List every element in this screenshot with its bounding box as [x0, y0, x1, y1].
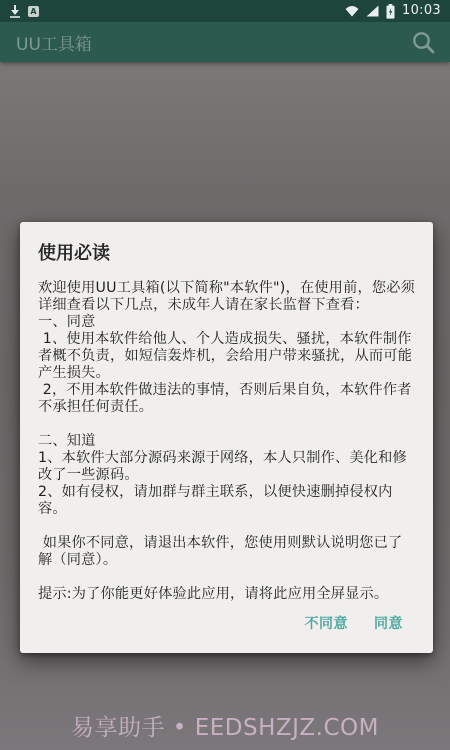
- cellular-signal-icon: [366, 5, 379, 17]
- agree-button[interactable]: 同意: [366, 603, 411, 643]
- watermark-text: 易享助手 • EEDSHZJZ.COM: [0, 709, 450, 742]
- disagree-button[interactable]: 不同意: [297, 603, 357, 643]
- status-bar-left: A: [9, 5, 39, 18]
- download-icon: [9, 5, 21, 18]
- app-title: UU工具箱: [16, 30, 411, 55]
- battery-charging-icon: [386, 4, 395, 19]
- dialog-message: 欢迎使用UU工具箱(以下简称"本软件")，在使用前，您必须详细查看以下几点，未成…: [38, 280, 415, 603]
- letter-a-notification-icon: A: [28, 6, 39, 17]
- wifi-icon: [345, 5, 359, 17]
- dialog-actions: 不同意 同意: [297, 603, 412, 643]
- dialog-title: 使用必读: [38, 242, 415, 266]
- status-bar-clock: 10:03: [402, 0, 441, 22]
- status-bar-right: 10:03: [345, 0, 441, 22]
- phone-screen: A 10:03 UU工具箱: [0, 0, 450, 750]
- app-bar: UU工具箱: [0, 22, 450, 62]
- status-bar: A 10:03: [0, 0, 450, 22]
- search-icon[interactable]: [411, 30, 436, 55]
- usage-notice-dialog: 使用必读 欢迎使用UU工具箱(以下简称"本软件")，在使用前，您必须详细查看以下…: [20, 222, 433, 653]
